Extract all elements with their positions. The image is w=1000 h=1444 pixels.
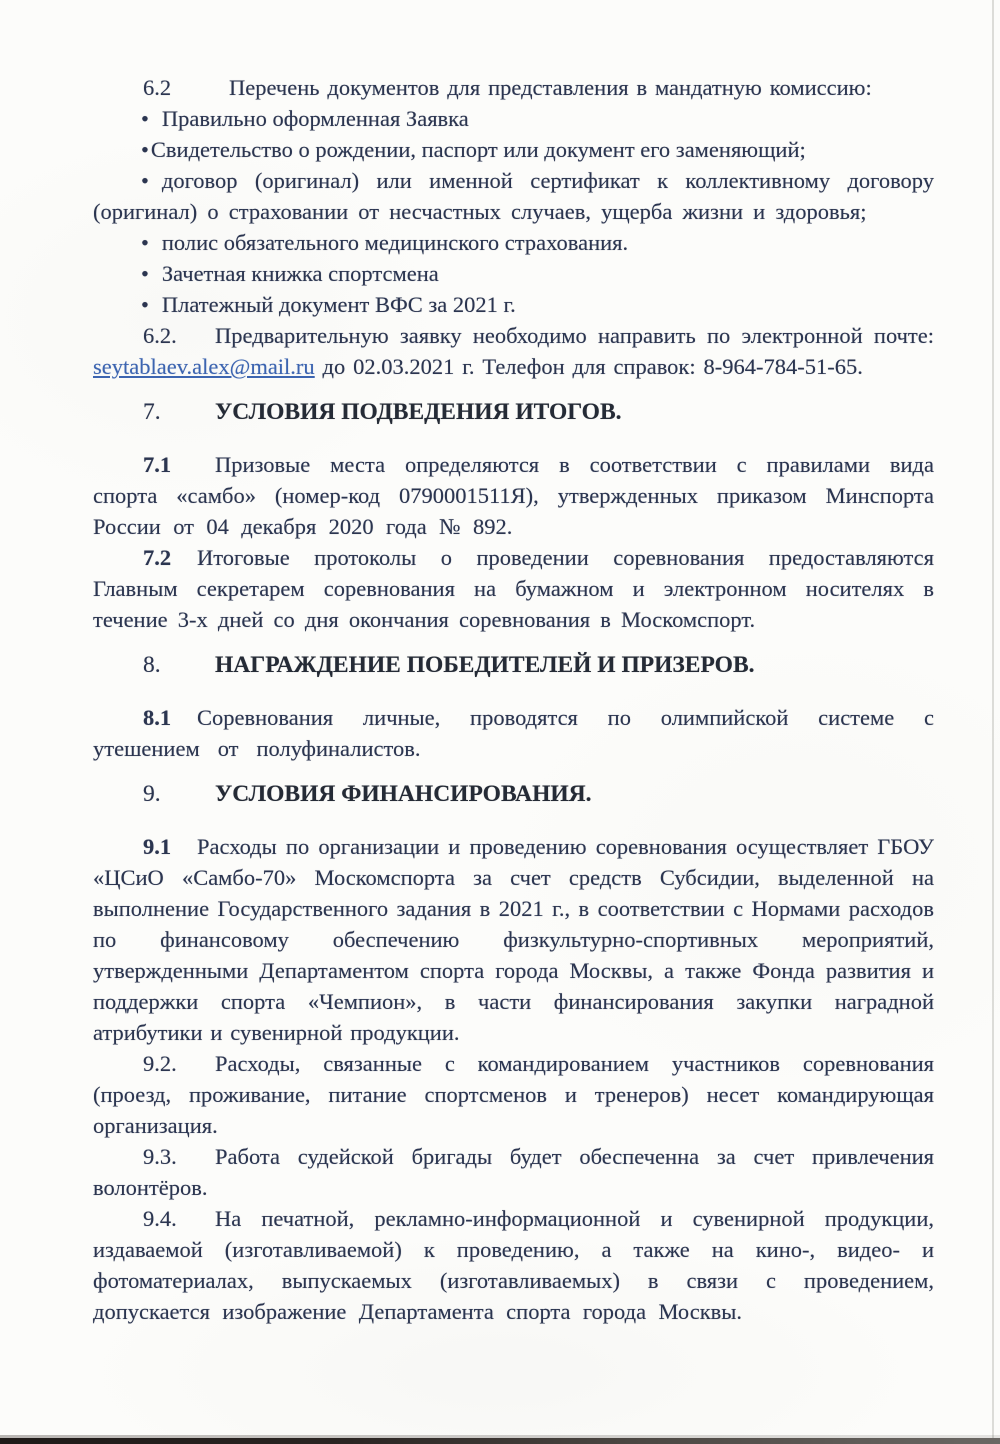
clause-text: Итоговые протоколы о проведении соревнов… (93, 545, 934, 632)
section-9-heading: 9.УСЛОВИЯ ФИНАНСИРОВАНИЯ. (93, 779, 934, 810)
clause-number: 9.4. (143, 1203, 215, 1234)
list-item-application: •Правильно оформленная Заявка (93, 103, 934, 134)
list-item-athlete-record-book: •Зачетная книжка спортсмена (93, 258, 934, 289)
clause-number: 6.2. (143, 320, 215, 351)
list-item-insurance-contract: •договор (оригинал) или именной сертифик… (93, 165, 934, 227)
list-item-text: Свидетельство о рождении, паспорт или до… (151, 137, 806, 162)
scan-paper-edge-right (992, 0, 994, 1444)
list-item-text: полис обязательного медицинского страхов… (162, 230, 628, 255)
list-item-text: Правильно оформленная Заявка (162, 106, 469, 131)
list-item-text: договор (оригинал) или именной сертифика… (93, 168, 934, 224)
scan-paper-edge-bottom (0, 1438, 1000, 1444)
clause-text: Соревнования личные, проводятся по олимп… (93, 705, 934, 761)
clause-9-1: 9.1Расходы по организации и проведению с… (93, 831, 934, 1048)
clause-9-4: 9.4.На печатной, рекламно-информационной… (93, 1203, 934, 1327)
clause-text: Расходы, связанные с командированием уча… (93, 1051, 934, 1138)
clause-number: 7.2 (143, 542, 197, 573)
bullet-icon: • (141, 292, 149, 317)
clause-number: 9.3. (143, 1141, 215, 1172)
bullet-icon: • (141, 261, 149, 286)
clause-6-2-preliminary-application: 6.2.Предварительную заявку необходимо на… (93, 320, 934, 382)
list-item-birth-certificate: •Свидетельство о рождении, паспорт или д… (93, 134, 934, 165)
section-number: 7. (143, 397, 215, 428)
list-item-payment-document: •Платежный документ ВФС за 2021 г. (93, 289, 934, 320)
clause-text: На печатной, рекламно-информационной и с… (93, 1206, 934, 1324)
list-item-text: Платежный документ ВФС за 2021 г. (162, 292, 516, 317)
clause-6-2-documents-list-intro: 6.2Перечень документов для представления… (93, 72, 934, 103)
bullet-icon: • (141, 106, 149, 131)
section-title: УСЛОВИЯ ФИНАНСИРОВАНИЯ. (215, 781, 592, 807)
section-8-heading: 8.НАГРАЖДЕНИЕ ПОБЕДИТЕЛЕЙ И ПРИЗЕРОВ. (93, 650, 934, 681)
clause-7-1: 7.1Призовые места определяются в соответ… (93, 449, 934, 542)
clause-text: Призовые места определяются в соответств… (93, 452, 934, 539)
clause-text-before-email: Предварительную заявку необходимо направ… (215, 323, 934, 348)
bullet-icon: • (141, 168, 149, 193)
clause-7-2: 7.2Итоговые протоколы о проведении сорев… (93, 542, 934, 635)
email-link[interactable]: seytablaev.alex@mail.ru (93, 354, 315, 379)
clause-9-2: 9.2.Расходы, связанные с командированием… (93, 1048, 934, 1141)
clause-text: Работа судейской бригады будет обеспечен… (93, 1144, 934, 1200)
clause-9-3: 9.3.Работа судейской бригады будет обесп… (93, 1141, 934, 1203)
list-item-medical-policy: •полис обязательного медицинского страхо… (93, 227, 934, 258)
clause-number: 7.1 (143, 449, 215, 480)
clause-text: Перечень документов для представления в … (229, 75, 872, 100)
section-title: УСЛОВИЯ ПОДВЕДЕНИЯ ИТОГОВ. (215, 399, 622, 425)
section-7-heading: 7.УСЛОВИЯ ПОДВЕДЕНИЯ ИТОГОВ. (93, 397, 934, 428)
clause-text: Расходы по организации и проведению соре… (93, 834, 934, 1045)
section-number: 9. (143, 779, 215, 810)
bullet-icon: • (141, 137, 149, 162)
clause-number: 8.1 (143, 702, 197, 733)
clause-number: 9.2. (143, 1048, 215, 1079)
clause-8-1: 8.1Соревнования личные, проводятся по ол… (93, 702, 934, 764)
clause-text-after-email: до 02.03.2021 г. Телефон для справок: 8-… (323, 354, 863, 379)
section-number: 8. (143, 650, 215, 681)
clause-number: 9.1 (143, 831, 197, 862)
bullet-icon: • (141, 230, 149, 255)
clause-number: 6.2 (143, 72, 229, 103)
document-text-block: 6.2Перечень документов для представления… (93, 72, 934, 1327)
list-item-text: Зачетная книжка спортсмена (162, 261, 439, 286)
section-title: НАГРАЖДЕНИЕ ПОБЕДИТЕЛЕЙ И ПРИЗЕРОВ. (215, 652, 755, 678)
scanned-document-page: 6.2Перечень документов для представления… (0, 0, 1000, 1444)
